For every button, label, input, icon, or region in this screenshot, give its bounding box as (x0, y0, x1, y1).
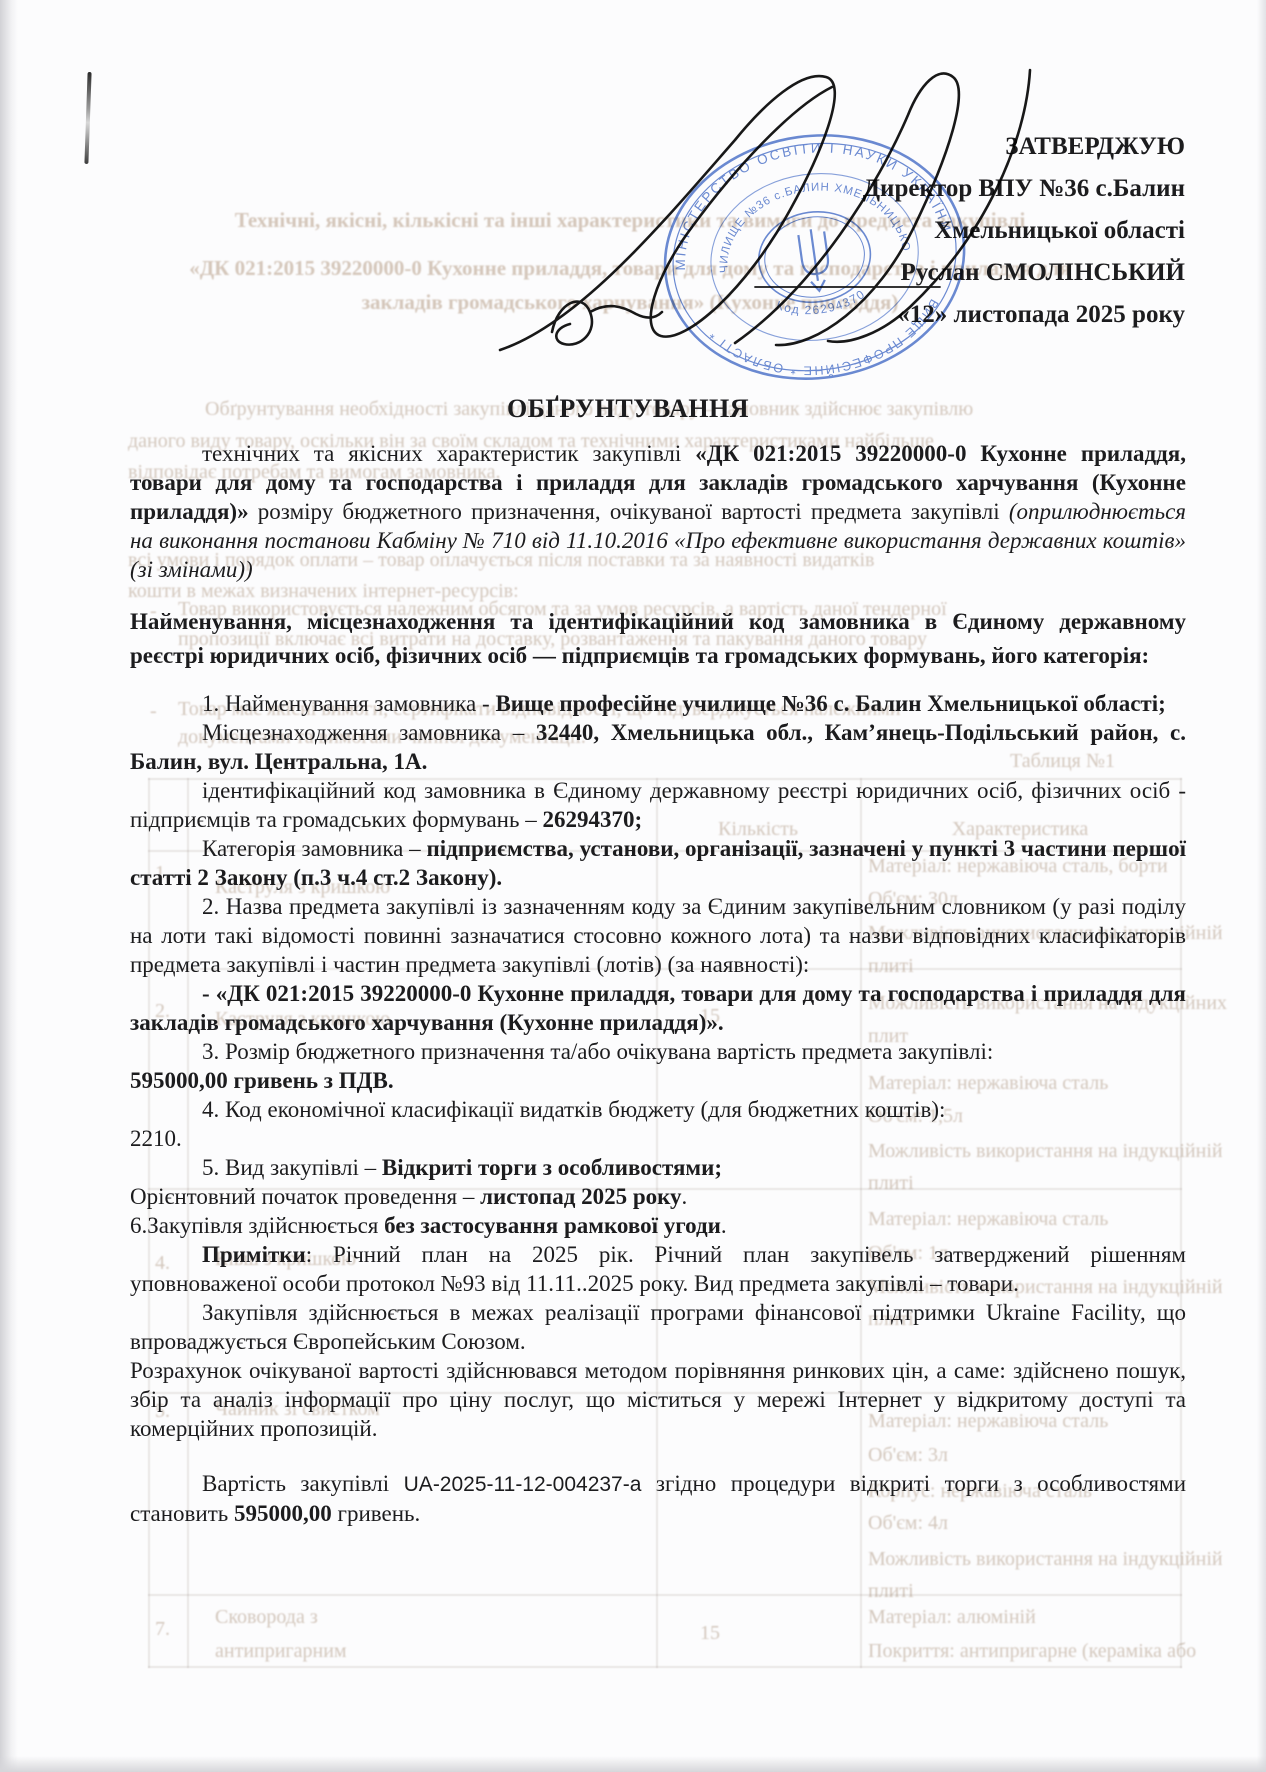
bleed-through-text: 15 (700, 1622, 760, 1645)
scan-edge-shadow-right (1257, 0, 1266, 1772)
text-run: Закупівля здійснюється в межах реалізаці… (130, 1300, 1186, 1354)
page-title: ОБҐРУНТУВАННЯ (130, 394, 1126, 423)
bleed-through-grid-line (148, 1594, 1182, 1596)
text-run: Категорія замовника – (202, 836, 426, 861)
bleed-through-text: антипригарним (215, 1640, 595, 1663)
text-run: Найменування, місцезнаходження та іденти… (130, 609, 1186, 668)
text-run: 4. Код економічної класифікації видатків… (202, 1097, 945, 1122)
text-run: Місцезнаходження замовника – (202, 720, 536, 745)
text-run: 3. Розмір бюджетного призначення та/або … (202, 1039, 993, 1064)
text-run: 2. Назва предмета закупівлі із зазначенн… (130, 894, 1186, 977)
paragraph: 4. Код економічної класифікації видатків… (130, 1095, 1186, 1124)
text-run: 2210. (130, 1126, 182, 1151)
bleed-through-text: Покриття: антипригарне (кераміка або (868, 1640, 1180, 1663)
text-run: Орієнтовний початок проведення – (130, 1184, 480, 1209)
text-run: 1. Найменування замовника - (202, 691, 495, 716)
text-run: 6.Закупівля здійснюється (130, 1213, 384, 1238)
paragraph: 595000,00 гривень з ПДВ. (130, 1066, 1186, 1095)
paragraph: ідентифікаційний код замовника в Єдиному… (130, 776, 1186, 834)
scan-edge-shadow-bottom (0, 1756, 1266, 1772)
text-run: 595000,00 гривень з ПДВ. (130, 1068, 394, 1093)
paragraph: технічних та якісних характеристик закуп… (130, 439, 1186, 584)
paragraph: - «ДК 021:2015 39220000-0 Кухонне прилад… (130, 979, 1186, 1037)
paragraph: Примітки: Річний план на 2025 рік. Річни… (130, 1240, 1186, 1298)
paragraph: Орієнтовний початок проведення – листопа… (130, 1182, 1186, 1211)
paragraph: Вартість закупівлі UA-2025-11-12-004237-… (130, 1469, 1186, 1528)
paragraph: 2. Назва предмета закупівлі із зазначенн… (130, 892, 1186, 979)
bleed-through-text: 7. (155, 1618, 185, 1641)
text-run: технічних та якісних характеристик закуп… (202, 441, 695, 466)
scan-edge-shadow-left (0, 0, 18, 1772)
text-run: 26294370; (542, 807, 642, 832)
text-run: без застосування рамкової угоди (384, 1213, 721, 1238)
text-run: Відкриті торги з особливостями; (382, 1155, 722, 1180)
text-run: ідентифікаційний код замовника в Єдиному… (130, 778, 1186, 832)
text-run: Примітки (202, 1242, 306, 1267)
paragraph: 5. Вид закупівлі – Відкриті торги з особ… (130, 1153, 1186, 1182)
paragraph: Категорія замовника – підприємства, уста… (130, 834, 1186, 892)
bleed-through-text: Можливість використання на індукційній (868, 1548, 1180, 1571)
text-run: 595000,00 (234, 1501, 332, 1526)
paragraph: Закупівля здійснюється в межах реалізаці… (130, 1298, 1186, 1356)
document-body: ОБҐРУНТУВАННЯ технічних та якісних харак… (130, 394, 1186, 1528)
text-run: розміру бюджетного призначення, очікуван… (249, 499, 1009, 524)
paragraph: Розрахунок очікуваної вартості здійснюва… (130, 1356, 1186, 1443)
text-run: . (721, 1213, 727, 1238)
bleed-through-text: плиті (868, 1580, 1178, 1603)
text-run: Вартість закупівлі (202, 1471, 404, 1496)
paragraph: 1. Найменування замовника - Вище професі… (130, 689, 1186, 718)
bleed-through-grid-line (148, 1666, 1182, 1668)
text-run: 5. Вид закупівлі – (202, 1155, 382, 1180)
scanned-document-page: Технічні, якісні, кількісні та інші хара… (0, 0, 1266, 1772)
director-signature (430, 45, 1090, 385)
paragraph: 6.Закупівля здійснюється без застосуванн… (130, 1211, 1186, 1240)
text-run: Розрахунок очікуваної вартості здійснюва… (130, 1358, 1186, 1441)
text-run: - «ДК 021:2015 39220000-0 Кухонне прилад… (130, 981, 1186, 1035)
bleed-through-text: Сковорода з (215, 1606, 595, 1629)
text-run: листопад 2025 року (480, 1184, 681, 1209)
paragraph: Місцезнаходження замовника – 32440, Хмел… (130, 718, 1186, 776)
paragraph: Найменування, місцезнаходження та іденти… (130, 605, 1186, 673)
text-run: гривень. (332, 1501, 420, 1526)
paragraph: 2210. (130, 1124, 1186, 1153)
bleed-through-text: Матеріал: алюміній (868, 1606, 1180, 1629)
document-paragraphs: технічних та якісних характеристик закуп… (130, 439, 1186, 1528)
text-run: Вище професійне училище №36 с. Балин Хме… (495, 691, 1165, 716)
paragraph: 3. Розмір бюджетного призначення та/або … (130, 1037, 1186, 1066)
text-run: . (682, 1184, 688, 1209)
text-run: UA-2025-11-12-004237-а (404, 1473, 642, 1496)
